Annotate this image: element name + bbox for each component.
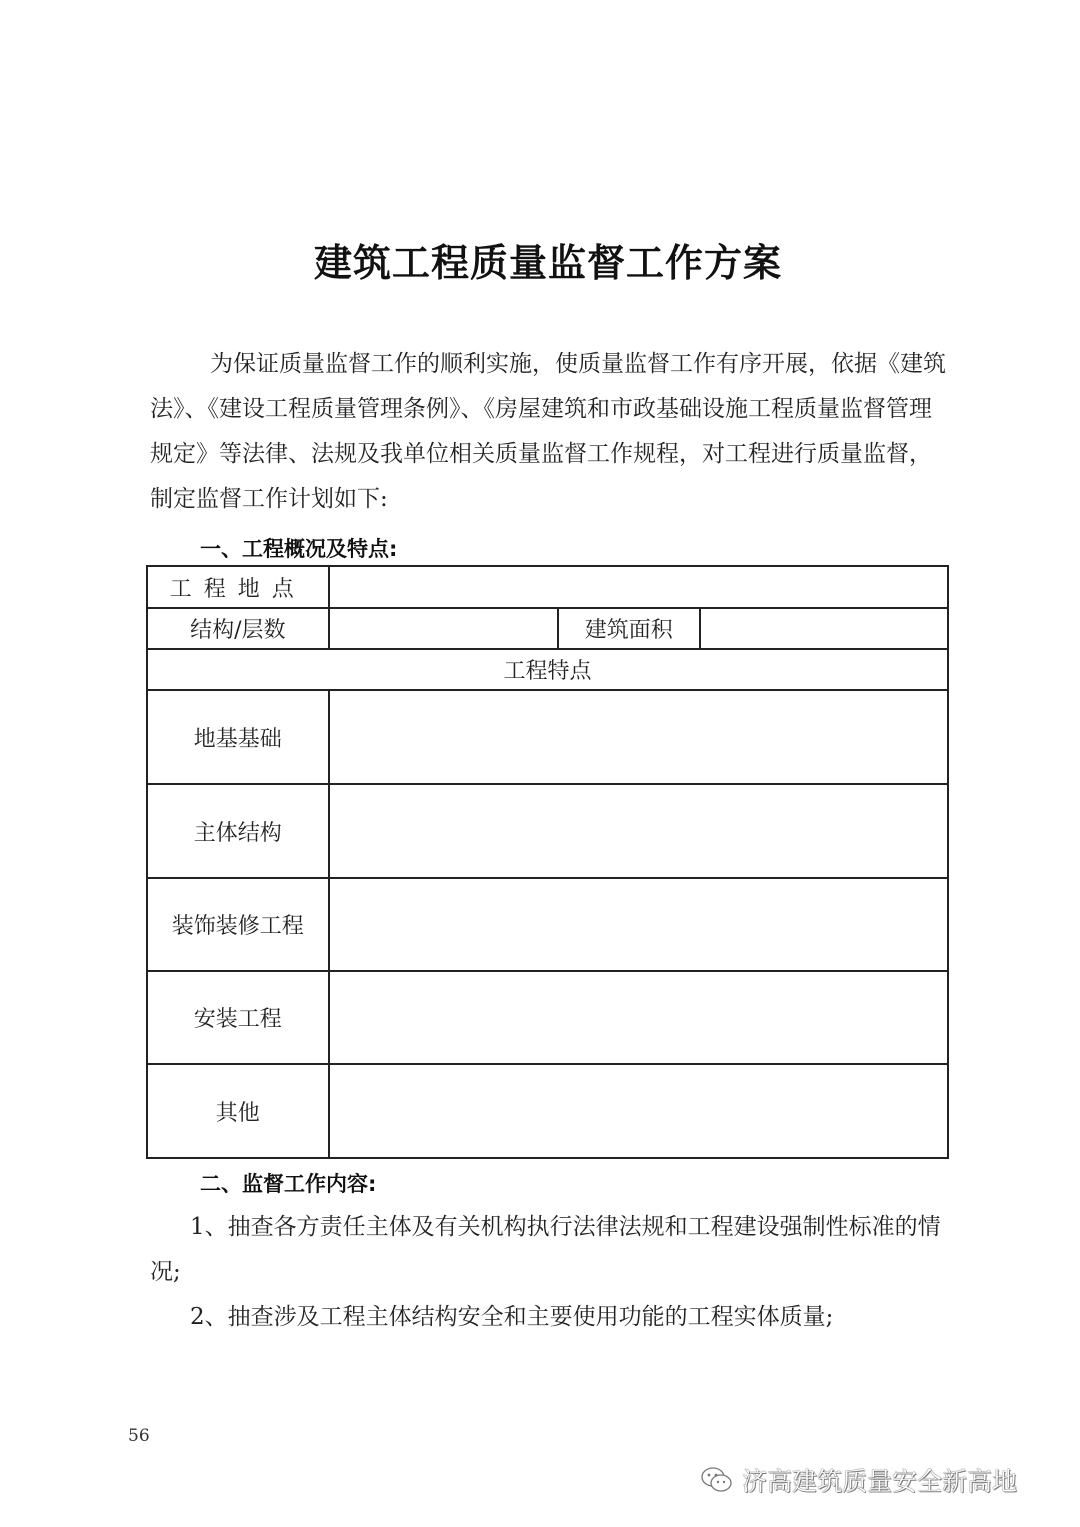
watermark: 济高建筑质量安全新高地 <box>700 1462 1017 1498</box>
list-item: 1、抽查各方责任主体及有关机构执行法律法规和工程建设强制性标准的情况; <box>150 1205 950 1295</box>
location-label: 工程地点 <box>170 577 306 602</box>
table-row: 装饰装修工程 <box>147 878 948 971</box>
section2-list: 1、抽查各方责任主体及有关机构执行法律法规和工程建设强制性标准的情况; 2、抽查… <box>150 1205 950 1340</box>
area-value <box>700 608 948 649</box>
intro-text: 为保证质量监督工作的顺利实施，使质量监督工作有序开展，依据《建筑法》、《建设工程… <box>150 342 950 522</box>
feature-value-installation <box>329 971 948 1064</box>
structure-value <box>329 608 558 649</box>
document-title: 建筑工程质量监督工作方案 <box>0 232 1080 287</box>
feature-label-main-structure: 主体结构 <box>147 784 329 878</box>
structure-label: 结构/层数 <box>147 608 329 649</box>
page-number: 56 <box>128 1426 150 1446</box>
feature-value-main-structure <box>329 784 948 878</box>
table-row: 其他 <box>147 1064 948 1158</box>
feature-value-foundation <box>329 690 948 784</box>
section2-heading: 二、监督工作内容: <box>200 1166 1000 1202</box>
intro-paragraph: 为保证质量监督工作的顺利实施，使质量监督工作有序开展，依据《建筑法》、《建设工程… <box>150 342 950 522</box>
location-value <box>329 566 948 608</box>
area-label: 建筑面积 <box>558 608 700 649</box>
feature-value-decoration <box>329 878 948 971</box>
feature-label-installation: 安装工程 <box>147 971 329 1064</box>
list-item: 2、抽查涉及工程主体结构安全和主要使用功能的工程实体质量; <box>150 1295 950 1340</box>
feature-value-other <box>329 1064 948 1158</box>
features-header: 工程特点 <box>147 649 948 690</box>
table-row: 安装工程 <box>147 971 948 1064</box>
watermark-text: 济高建筑质量安全新高地 <box>742 1462 1017 1498</box>
feature-label-foundation: 地基基础 <box>147 690 329 784</box>
project-overview-table: 工程地点 结构/层数 建筑面积 工程特点 地基基础 主体结构 装饰装修工程 安装… <box>146 565 949 1159</box>
table-row: 地基基础 <box>147 690 948 784</box>
table-row: 工程地点 <box>147 566 948 608</box>
feature-label-other: 其他 <box>147 1064 329 1158</box>
wechat-icon <box>700 1465 734 1495</box>
table-row: 主体结构 <box>147 784 948 878</box>
table-row: 工程特点 <box>147 649 948 690</box>
section1-heading: 一、工程概况及特点: <box>200 531 1000 567</box>
table-row: 结构/层数 建筑面积 <box>147 608 948 649</box>
feature-label-decoration: 装饰装修工程 <box>147 878 329 971</box>
